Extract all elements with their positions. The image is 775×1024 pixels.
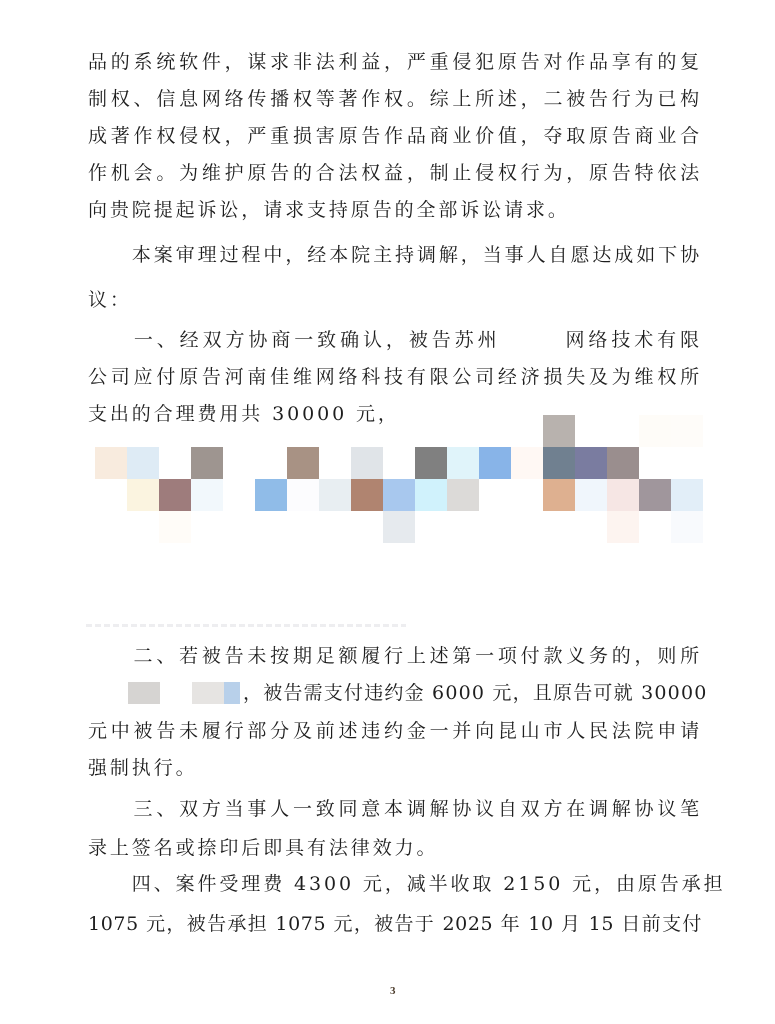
redaction-block (447, 479, 479, 511)
inline-redaction-block (192, 682, 224, 704)
clause-2-line: 强制执行。 (88, 756, 198, 780)
redaction-block (671, 479, 703, 511)
redaction-block (543, 415, 575, 447)
clause-1-line: 支出的合理费用共 30000 元， (88, 402, 400, 426)
clause-2-line: ，被告需支付违约金 6000 元，且原告可就 30000 (243, 681, 708, 705)
clause-3-line: 录上签名或捺印后即具有法律效力。 (88, 836, 438, 860)
redaction-block (415, 447, 447, 479)
body-text-line: 作机会。为维护原告的合法权益，制止侵权行为，原告特依法 (88, 161, 702, 185)
redaction-block (639, 479, 671, 511)
redaction-block (607, 511, 639, 543)
clause-1-line: 公司应付原告河南佳维网络科技有限公司经济损失及为维权所 (88, 365, 702, 389)
redaction-block (639, 415, 671, 447)
clause-3-line: 三、双方当事人一致同意本调解协议自双方在调解协议笔 (88, 797, 702, 821)
body-text-line: 向贵院提起诉讼，请求支持原告的全部诉讼请求。 (88, 198, 570, 222)
redaction-block (383, 511, 415, 543)
clause-4-line: 四、案件受理费 4300 元，减半收取 2150 元，由原告承担 (88, 872, 702, 896)
mediation-intro-line: 议： (88, 288, 132, 312)
faint-residual-text (86, 624, 406, 627)
redaction-block (351, 479, 383, 511)
redaction-block (607, 447, 639, 479)
inline-redaction-block (128, 682, 160, 704)
redacted-company-name (501, 345, 565, 346)
redaction-block (287, 447, 319, 479)
redaction-block (511, 447, 543, 479)
redaction-block (191, 479, 223, 511)
redaction-block (415, 479, 447, 511)
clause-2-line: 元中被告未履行部分及前述违约金一并向昆山市人民法院申请 (88, 719, 702, 743)
redaction-block (543, 479, 575, 511)
redaction-block (319, 479, 351, 511)
redaction-block (671, 415, 703, 447)
redaction-block (607, 479, 639, 511)
document-page: 品的系统软件，谋求非法利益，严重侵犯原告对作品享有的复 制权、信息网络传播权等著… (0, 0, 775, 1024)
clause-1-line: 一、经双方协商一致确认，被告苏州网络技术有限 (88, 328, 702, 352)
redaction-block (575, 479, 607, 511)
redaction-block (479, 447, 511, 479)
body-text-line: 制权、信息网络传播权等著作权。综上所述，二被告行为已构 (88, 87, 702, 111)
redaction-block (447, 447, 479, 479)
mediation-intro-line: 本案审理过程中，经本院主持调解，当事人自愿达成如下协 (88, 243, 702, 267)
redaction-block (383, 479, 415, 511)
redaction-block (95, 447, 127, 479)
clause-2-line: 二、若被告未按期足额履行上述第一项付款义务的，则所 (88, 644, 702, 668)
redaction-block (159, 479, 191, 511)
body-text-line: 成著作权侵权，严重损害原告作品商业价值，夺取原告商业合 (88, 124, 702, 148)
redaction-block (191, 447, 223, 479)
redaction-block (671, 511, 703, 543)
redaction-block (543, 447, 575, 479)
redaction-block (127, 479, 159, 511)
page-number: 3 (390, 985, 396, 997)
clause-4-line: 1075 元，被告承担 1075 元，被告于 2025 年 10 月 15 日前… (88, 912, 702, 936)
redaction-block (159, 511, 191, 543)
inline-redaction-block (224, 682, 240, 704)
redaction-block (287, 479, 319, 511)
redaction-block (351, 447, 383, 479)
redaction-block (127, 447, 159, 479)
redaction-block (575, 447, 607, 479)
redaction-block (255, 479, 287, 511)
body-text-line: 品的系统软件，谋求非法利益，严重侵犯原告对作品享有的复 (88, 50, 702, 74)
clause-1-text-before-redaction: 一、经双方协商一致确认，被告苏州 (88, 329, 501, 351)
clause-1-text-after-redaction: 网络技术有限 (565, 329, 703, 351)
